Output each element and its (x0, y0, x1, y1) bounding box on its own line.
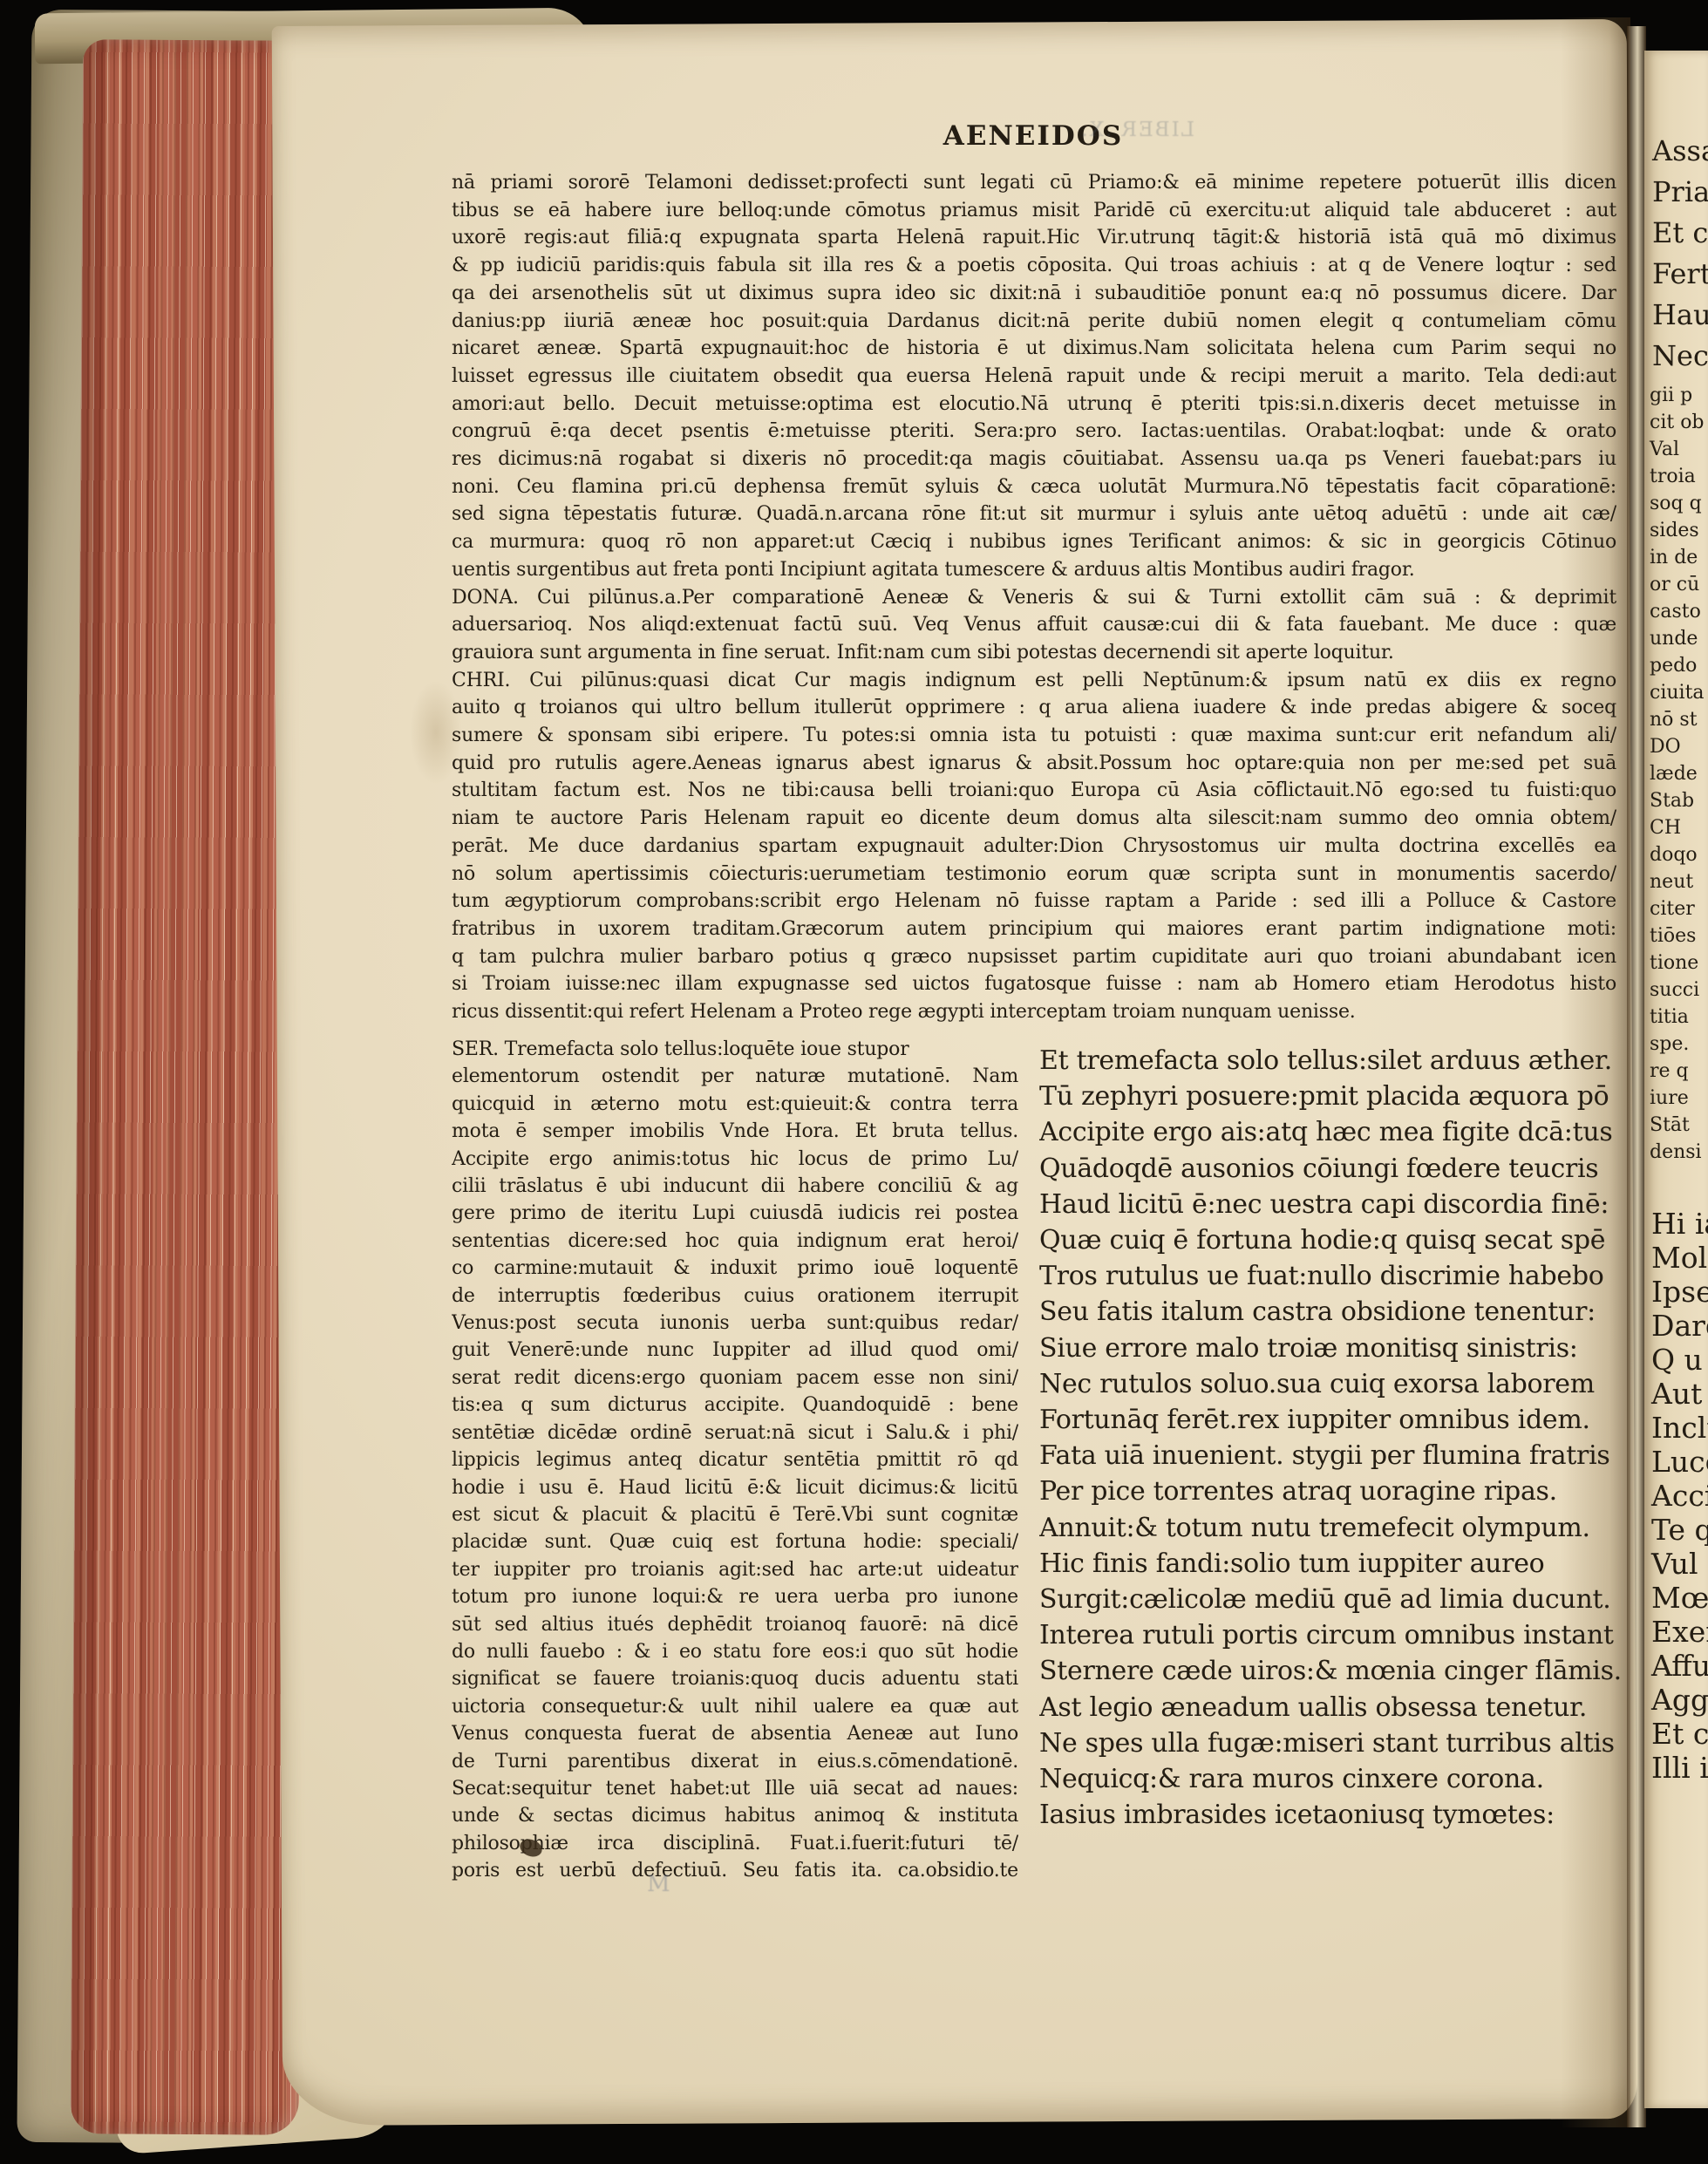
text-line: noni. Ceu flamina pri.cū dephensa fremūt… (452, 473, 1616, 501)
text-line: Haud licitū ē:nec uestra capi discordia … (1039, 1187, 1622, 1222)
text-line: Illi i (1644, 1751, 1708, 1785)
fragment-verse-top: AssaPriaEt cFertHauNec (1644, 131, 1708, 377)
text-line: do nulli fauebo : & i eo statu fore eos:… (452, 1638, 1018, 1665)
text-line: uentis surgentibus aut freta ponti Incip… (452, 556, 1616, 584)
commentary-full-width-block: nā priami sororē Telamoni dedisset:profe… (452, 169, 1616, 1032)
text-line: DONA. Cui pilūnus.a.Per comparationē Aen… (452, 584, 1616, 612)
text-line: Quæ cuiq ē fortuna hodie:q quisq secat s… (1039, 1222, 1622, 1258)
text-line: lippicis legimus anteq dicatur sentētia … (452, 1446, 1018, 1473)
text-line: Mœ (1644, 1581, 1708, 1615)
text-line: Sternere cæde uiros:& mœnia cinger flāmi… (1039, 1653, 1622, 1689)
text-line: unde & sectas dicimus habitus animoq & i… (452, 1802, 1018, 1829)
text-line: danius:pp iiuriā æneæ hoc posuit:quia Da… (452, 308, 1616, 336)
text-line: ter iuppiter pro troianis agit:sed hac a… (452, 1556, 1018, 1583)
text-line: nā priami sororē Telamoni dedisset:profe… (452, 169, 1616, 197)
text-line: Assa (1644, 131, 1708, 172)
text-line: Fortunāq ferēt.rex iuppiter omnibus idem… (1039, 1402, 1622, 1438)
text-line: tum ægyptiorum comprobans:scribit ergo H… (452, 888, 1616, 915)
text-line: & pp iudiciū paridis:quis fabula sit ill… (452, 252, 1616, 280)
text-line: sūt sed altius itués dephēdit troianoq f… (452, 1611, 1018, 1638)
text-line: Venus conquesta fuerat de absentia Aeneæ… (452, 1720, 1018, 1747)
text-line: qa dei arsenothelis sūt ut diximus supra… (452, 280, 1616, 308)
text-line: spe. (1644, 1031, 1708, 1058)
text-line: Dard (1644, 1309, 1708, 1343)
text-line: Hau (1644, 295, 1708, 336)
text-line: Et ca (1644, 1717, 1708, 1751)
text-line: nicaret æneæ. Spartā expugnauit:hoc de h… (452, 335, 1616, 363)
text-line: troia (1644, 463, 1708, 490)
text-line: Secat:sequitur tenet habet:ut Ille uiā s… (452, 1775, 1018, 1802)
text-line: serat redit dicens:ergo quoniam pacem es… (452, 1364, 1018, 1392)
text-line: Ast legio æneadum uallis obsessa tenetur… (1039, 1690, 1622, 1725)
showthrough-running-title: LIBER .X. (1029, 119, 1194, 141)
text-line: Hi ia (1644, 1207, 1708, 1241)
text-line: Tros rutulus ue fuat:nullo discrimie hab… (1039, 1258, 1622, 1294)
text-line: tione (1644, 949, 1708, 977)
text-line: si Troiam iuisse:nec illam expugnasse se… (452, 970, 1616, 998)
text-line: amori:aut bello. Decuit metuisse:optima … (452, 391, 1616, 419)
text-line: Nequicq:& rara muros cinxere corona. (1039, 1761, 1622, 1797)
text-line: Seu fatis italum castra obsidione tenent… (1039, 1294, 1622, 1330)
text-line: est sicut & placuit & placitū ē Terē.Vbi… (452, 1501, 1018, 1528)
text-line: Siue errore malo troiæ monitisq sinistri… (1039, 1330, 1622, 1366)
text-line: casto (1644, 598, 1708, 625)
text-line: placidæ sunt. Quæ cuiq est fortuna hodie… (452, 1528, 1018, 1555)
text-line: quicquid in æterno motu est:quieuit:& co… (452, 1091, 1018, 1118)
fragment-verse-bottom: Hi iaMolIpseDardQ uAut cIncluLuceAcciTe … (1644, 1207, 1708, 1785)
text-line: sententias dicere:sed hoc quia indignum … (452, 1228, 1018, 1255)
text-line: Et tremefacta solo tellus:silet arduus æ… (1039, 1043, 1622, 1079)
commentary-left-column: SER. Tremefacta solo tellus:loquēte ioue… (452, 1036, 1018, 1892)
text-line: Vul (1644, 1547, 1708, 1581)
text-line: soq q (1644, 490, 1708, 517)
text-line: Accipite ergo ais:atq hæc mea figite dcā… (1039, 1114, 1622, 1150)
text-line: Nec (1644, 336, 1708, 377)
verse-text-column: Et tremefacta solo tellus:silet arduus æ… (1039, 1043, 1622, 1843)
text-line: perāt. Me duce dardanius spartam expugna… (452, 833, 1616, 861)
text-line: Surgit:cælicolæ mediū quē ad limia ducun… (1039, 1582, 1622, 1617)
fragment-commentary: gii pcit obValtroiasoq qsidesin deor cūc… (1644, 382, 1708, 1166)
text-line: elementorum ostendit per naturæ mutation… (452, 1063, 1018, 1090)
text-line: gii p (1644, 382, 1708, 409)
text-line: Acci (1644, 1479, 1708, 1513)
text-line: Val (1644, 436, 1708, 463)
text-line: doqo (1644, 841, 1708, 868)
text-line: auito q troianos qui ultro bellum itulle… (452, 694, 1616, 722)
text-line: Fert (1644, 254, 1708, 295)
text-line: CHRI. Cui pilūnus:quasi dicat Cur magis … (452, 667, 1616, 695)
text-line: unde (1644, 625, 1708, 652)
text-line: Et c (1644, 213, 1708, 254)
text-line: læde (1644, 760, 1708, 787)
text-line: Affu (1644, 1649, 1708, 1683)
text-line: Quādoqdē ausonios cōiungi fœdere teucris (1039, 1151, 1622, 1187)
text-line: SER. Tremefacta solo tellus:loquēte ioue… (452, 1036, 1018, 1063)
text-line: Tū zephyri posuere:pmit placida æquora p… (1039, 1079, 1622, 1114)
text-line: sentētiæ dicēdæ ordinē seruat:nā sicut i… (452, 1419, 1018, 1446)
text-line: tis:ea q sum dicturus accipite. Quandoqu… (452, 1392, 1018, 1419)
text-line: neut (1644, 868, 1708, 895)
text-line: luisset egressus ille ciuitatem obsedit … (452, 363, 1616, 391)
text-line: totum pro iunone loqui:& re uera uerba p… (452, 1583, 1018, 1610)
text-line: aduersarioq. Nos aliqd:extenuat factū su… (452, 611, 1616, 639)
text-line: Stab (1644, 787, 1708, 814)
text-line: Mol (1644, 1241, 1708, 1275)
text-line: Venus:post secuta iunonis uerba sunt:qui… (452, 1310, 1018, 1337)
text-line: fratribus in uxorem traditam.Græcorum au… (452, 915, 1616, 943)
text-line: Luce (1644, 1445, 1708, 1479)
text-line: uictoria consequetur:& uult nihil ualere… (452, 1693, 1018, 1720)
text-line: Agg (1644, 1683, 1708, 1717)
text-line: tiōes (1644, 922, 1708, 949)
showthrough-signature-mark: M (647, 1871, 679, 1897)
text-line: Ne spes ulla fugæ:miseri stant turribus … (1039, 1725, 1622, 1761)
text-line: Stāt (1644, 1112, 1708, 1139)
text-line: ciuita (1644, 679, 1708, 706)
photograph-of-incunable-book: { "page": { "header": "AENEIDOS", "showt… (0, 0, 1708, 2164)
text-line: CH (1644, 814, 1708, 841)
text-line: cit ob (1644, 409, 1708, 436)
text-line: densi (1644, 1139, 1708, 1166)
text-line: or cū (1644, 571, 1708, 598)
text-line: Interea rutuli portis circum omnibus ins… (1039, 1617, 1622, 1653)
text-line: Annuit:& totum nutu tremefecit olympum. (1039, 1510, 1622, 1546)
text-line: niam te auctore Paris Helenam rapuit eo … (452, 805, 1616, 833)
text-line: guit Venerē:unde nunc Iuppiter ad illud … (452, 1337, 1018, 1364)
text-line: nō st (1644, 706, 1708, 733)
text-line: titia (1644, 1004, 1708, 1031)
text-line: gere primo de iteritu Lupi cuiusdā iudic… (452, 1200, 1018, 1227)
text-line: Hic finis fandi:solio tum iuppiter aureo (1039, 1546, 1622, 1582)
text-line: q tam pulchra mulier barbaro potius q gr… (452, 943, 1616, 971)
text-line: DO (1644, 733, 1708, 760)
text-line: Inclu (1644, 1411, 1708, 1445)
text-line: ca murmura: quoq rō non apparet:ut Cæciq… (452, 528, 1616, 556)
text-line: hodie i usu ē. Haud licitū ē:& licuit di… (452, 1474, 1018, 1501)
text-line: co carmine:mutauit & induxit primo iouē … (452, 1255, 1018, 1282)
text-line: sides (1644, 517, 1708, 544)
text-line: cilii trāslatus ē ubi inducunt dii haber… (452, 1173, 1018, 1200)
text-line: de Turni parentibus dixerat in eius.s.cō… (452, 1748, 1018, 1775)
text-line: grauiora sunt argumenta in fine seruat. … (452, 639, 1616, 667)
text-line: stultitam factum est. Nos ne tibi:causa … (452, 777, 1616, 805)
text-line: Nec rutulos soluo.sua cuiq exorsa labore… (1039, 1366, 1622, 1402)
text-line: tibus se eā habere iure belloq:unde cōmo… (452, 197, 1616, 225)
text-line: re q (1644, 1058, 1708, 1085)
text-line: poris est uerbū defectiuū. Seu fatis ita… (452, 1857, 1018, 1884)
text-line: Aut c (1644, 1377, 1708, 1411)
text-line: uxorē regis:aut filiā:q expugnata sparta… (452, 224, 1616, 252)
text-line: iure (1644, 1085, 1708, 1112)
text-line: sumere & sponsam sibi eripere. Tu potes:… (452, 722, 1616, 750)
text-line: de interruptis fœderibus cuius orationem… (452, 1283, 1018, 1310)
text-line: Accipite ergo animis:totus hic locus de … (452, 1146, 1018, 1173)
text-line: pedo (1644, 652, 1708, 679)
text-line: Fata uiā inuenient. stygii per flumina f… (1039, 1438, 1622, 1473)
text-line: res dicimus:nā rogabat si dixeris nō pro… (452, 446, 1616, 473)
text-line: congruū ē:qa decet psentis ē:metuisse pt… (452, 418, 1616, 446)
text-line: Pria (1644, 172, 1708, 213)
text-line: quid pro rutulis agere.Aeneas ignarus ab… (452, 750, 1616, 778)
text-line: Exer (1644, 1615, 1708, 1649)
text-line: Q u (1644, 1343, 1708, 1377)
text-line: mota ē semper imobilis Vnde Hora. Et bru… (452, 1118, 1018, 1145)
text-line: citer (1644, 895, 1708, 922)
text-line: significat se fauere troianis:quoq ducis… (452, 1665, 1018, 1692)
text-line: sed signa tēpestatis futuræ. Quadā.n.arc… (452, 500, 1616, 528)
text-line: Te q (1644, 1513, 1708, 1547)
text-line: in de (1644, 544, 1708, 571)
text-line: Per pice torrentes atraq uoragine ripas. (1039, 1473, 1622, 1509)
gutter-crease (1627, 26, 1646, 2127)
text-line: ricus dissentit:qui refert Helenam a Pro… (452, 998, 1616, 1026)
text-line: nō solum apertissimis cōiecturis:uerumet… (452, 861, 1616, 888)
text-line: Ipse (1644, 1275, 1708, 1309)
text-line: Iasius imbrasides icetaoniusq tymœtes: (1039, 1797, 1622, 1833)
text-line: succi (1644, 977, 1708, 1004)
